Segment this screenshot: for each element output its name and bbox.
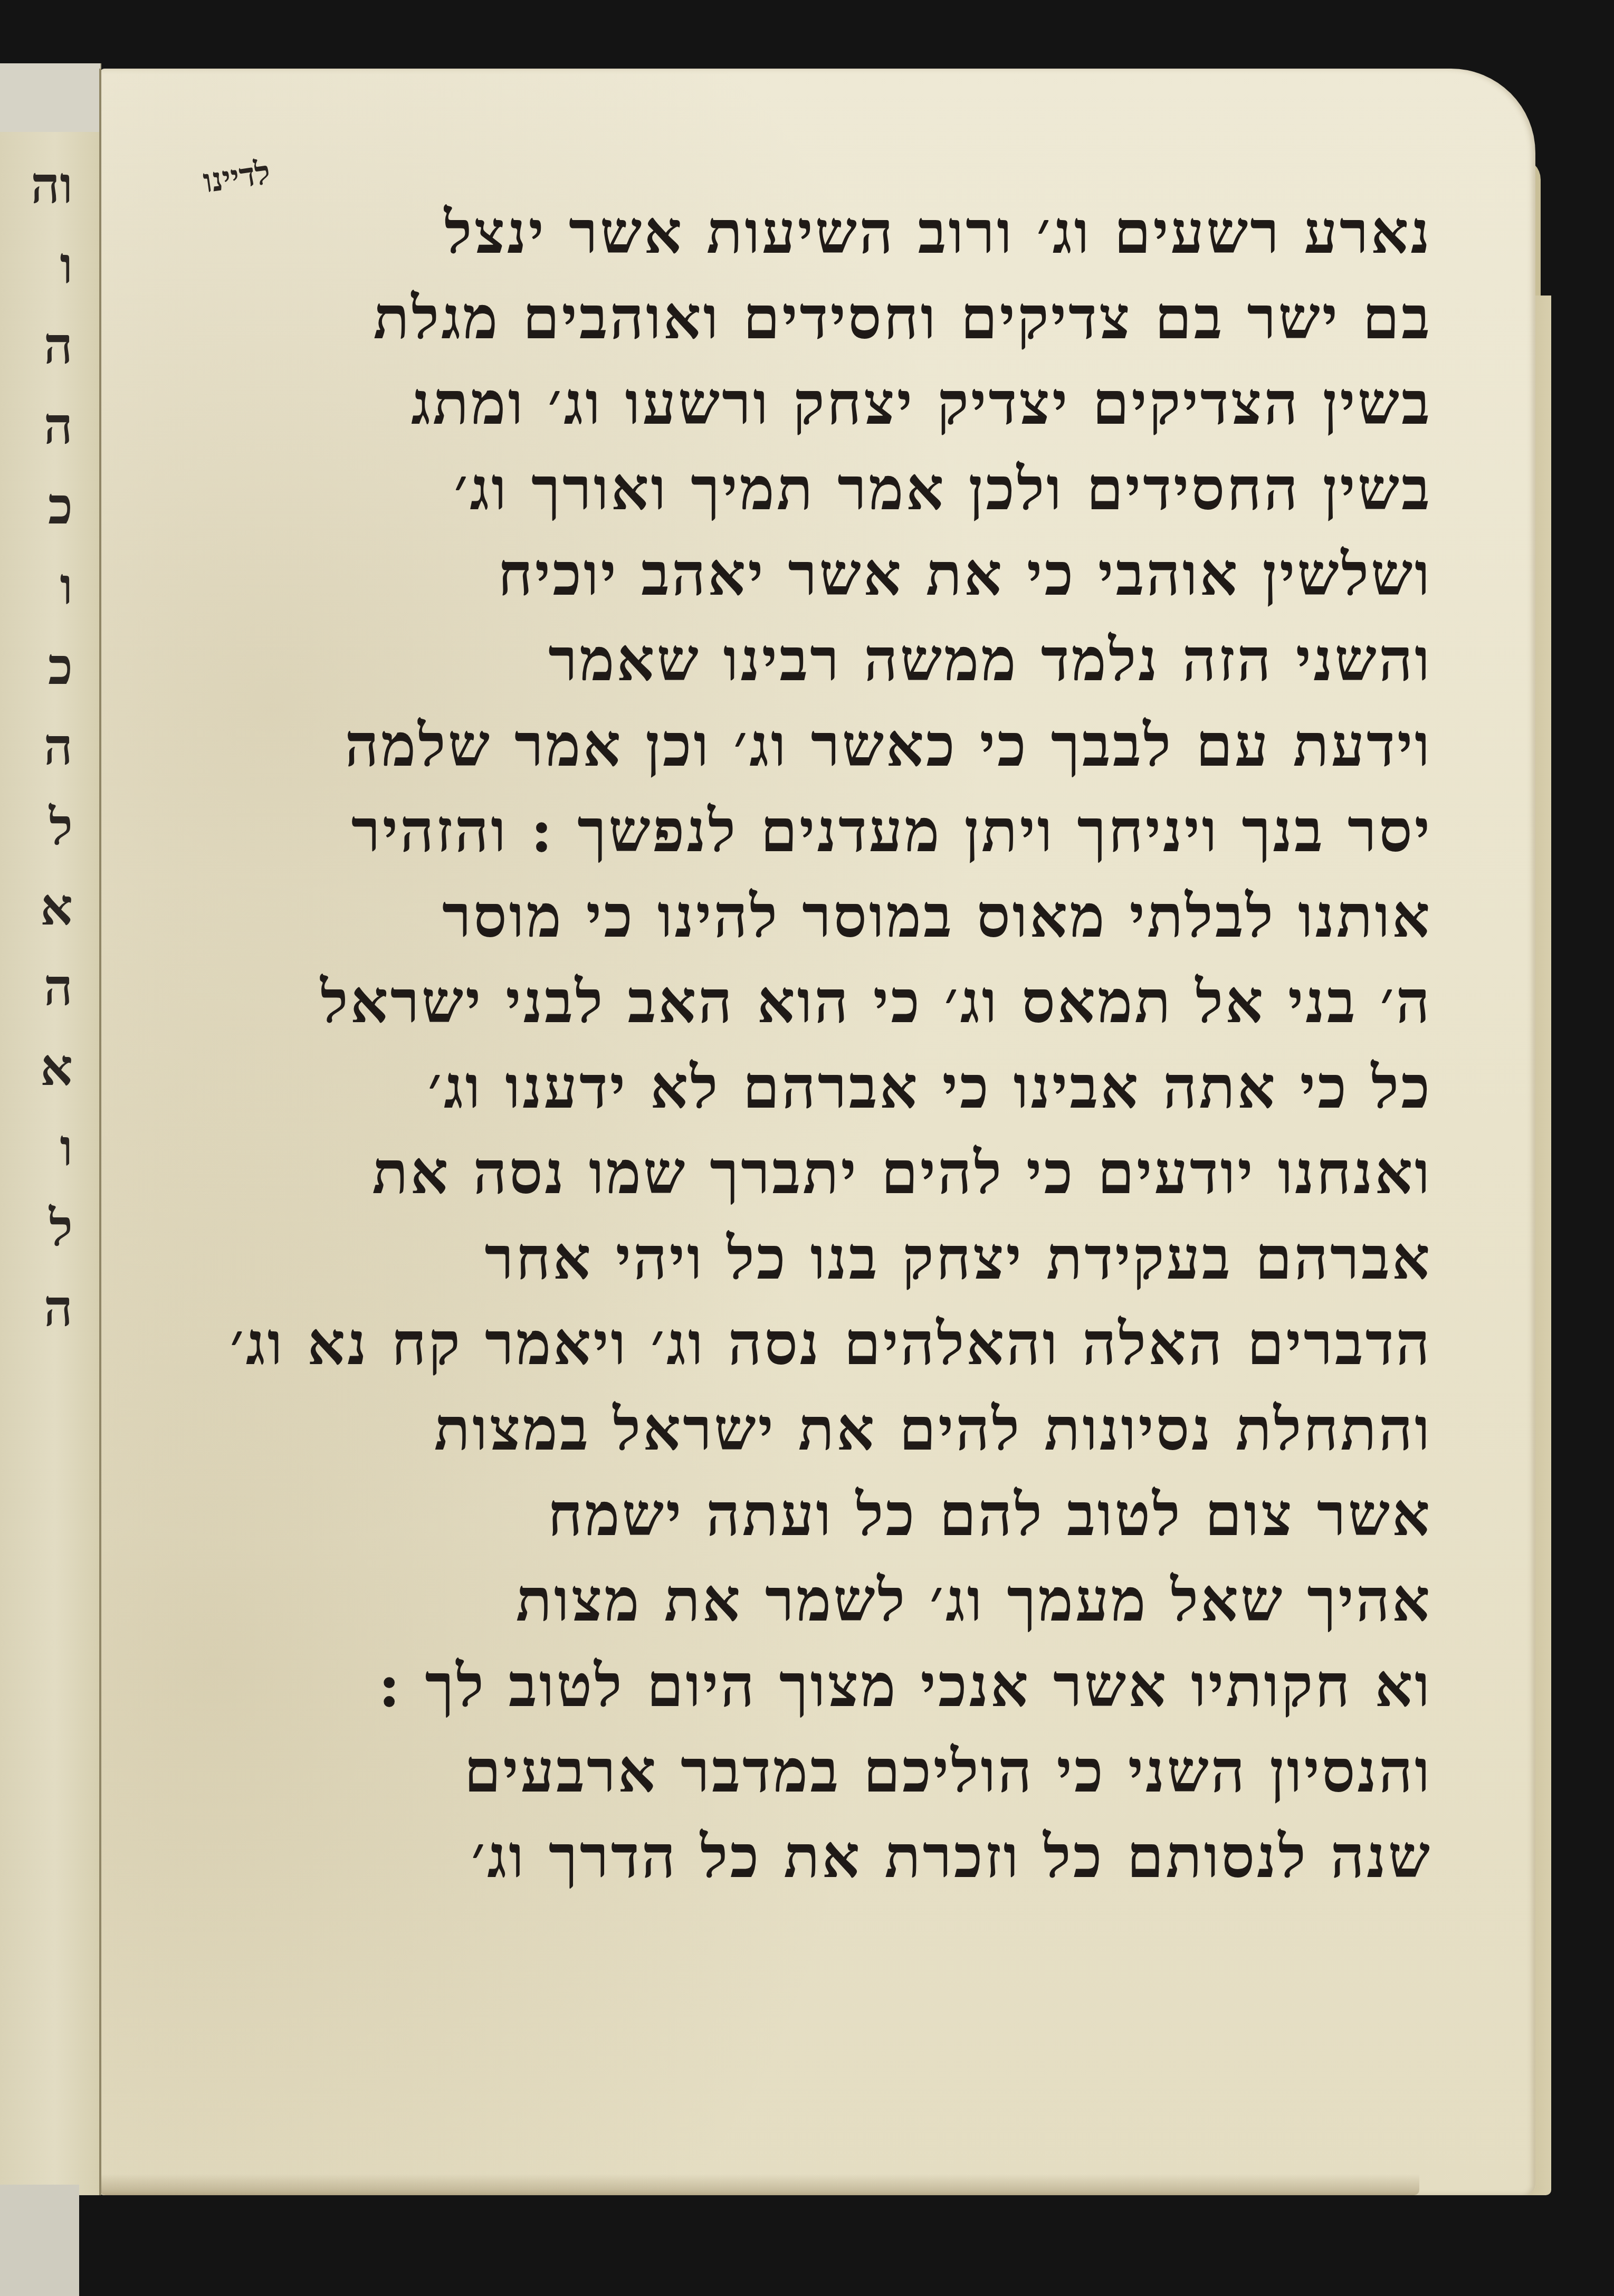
text-line: וא חקותיו אשר אנכי מצוך היום לטוב לך : xyxy=(123,1643,1432,1729)
left-page-letter: ה xyxy=(0,707,73,787)
left-page-letter: ל xyxy=(0,787,73,867)
left-facing-page: וה ו ה ה כ ו כ ה ל א ה א ו ל ה xyxy=(0,63,101,2195)
text-line: והשני הזה נלמד ממשה רבינו שאמר xyxy=(123,617,1432,703)
text-line: בשין החסידים ולכן אמר תמיך ואורך וג׳ xyxy=(123,446,1432,532)
text-line: יסר בנך ויניחך ויתן מעדנים לנפשך : והזהי… xyxy=(123,788,1432,874)
left-page-letter: ו xyxy=(0,225,73,306)
text-line: והנסיון השני כי הוליכם במדבר ארבעים xyxy=(123,1729,1432,1814)
text-line: שנה לנסותם כל וזכרת את כל הדרך וג׳ xyxy=(123,1814,1432,1900)
left-page-letter: ה xyxy=(0,386,73,466)
text-line: אברהם בעקידת יצחק בנו כל ויהי אחר xyxy=(123,1216,1432,1301)
text-line: ואנחנו יודעים כי להים יתברך שמו נסה את xyxy=(123,1130,1432,1216)
left-page-letter: ו xyxy=(0,1108,73,1188)
binding-gutter xyxy=(99,69,101,2195)
left-page-fold-top xyxy=(0,63,100,132)
text-line: נארע רשעים וג׳ ורוב השיעות אשר ינצל xyxy=(123,190,1432,275)
left-page-letter: ל xyxy=(0,1188,73,1268)
text-line: בם ישר בם צדיקים וחסידים ואוהבים מגלת xyxy=(123,275,1432,361)
left-page-fold-bottom xyxy=(0,2185,79,2296)
text-line: וידעת עם לבבך כי כאשר וג׳ וכן אמר שלמה xyxy=(123,703,1432,788)
left-page-letter: ו xyxy=(0,546,73,626)
left-page-letter: א xyxy=(0,867,73,947)
left-page-letter: ה xyxy=(0,947,73,1027)
left-page-letter: א xyxy=(0,1027,73,1108)
left-page-letter: וה xyxy=(0,145,73,225)
page-bottom-shadow xyxy=(100,2174,1419,2195)
left-page-letter: ה xyxy=(0,1268,73,1348)
text-line: והתחלת נסיונות להים את ישראל במצות xyxy=(123,1387,1432,1472)
text-line: אותנו לבלתי מאוס במוסר להינו כי מוסר xyxy=(123,874,1432,959)
text-line: הדברים האלה והאלהים נסה וג׳ ויאמר קח נא … xyxy=(123,1301,1432,1387)
left-page-letter: ה xyxy=(0,306,73,386)
text-line: כל כי אתה אבינו כי אברהם לא ידענו וג׳ xyxy=(123,1045,1432,1130)
text-line: ושלשין אוהבי כי את אשר יאהב יוכיח xyxy=(123,532,1432,617)
text-line: אהיך שאל מעמך וג׳ לשמר את מצות xyxy=(123,1558,1432,1643)
left-page-letter: כ xyxy=(0,626,73,707)
text-line: ה׳ בני אל תמאס וג׳ כי הוא האב לבני ישראל xyxy=(123,959,1432,1045)
manuscript-text-block: נארע רשעים וג׳ ורוב השיעות אשר ינצל בם י… xyxy=(123,190,1432,1900)
text-line: בשין הצדיקים יצדיק יצחק ורשעו וג׳ ומתג xyxy=(123,361,1432,446)
text-line: אשר צום לטוב להם כל ועתה ישמח xyxy=(123,1472,1432,1558)
left-page-letter: כ xyxy=(0,466,73,546)
left-page-text: וה ו ה ה כ ו כ ה ל א ה א ו ל ה xyxy=(0,145,73,1348)
